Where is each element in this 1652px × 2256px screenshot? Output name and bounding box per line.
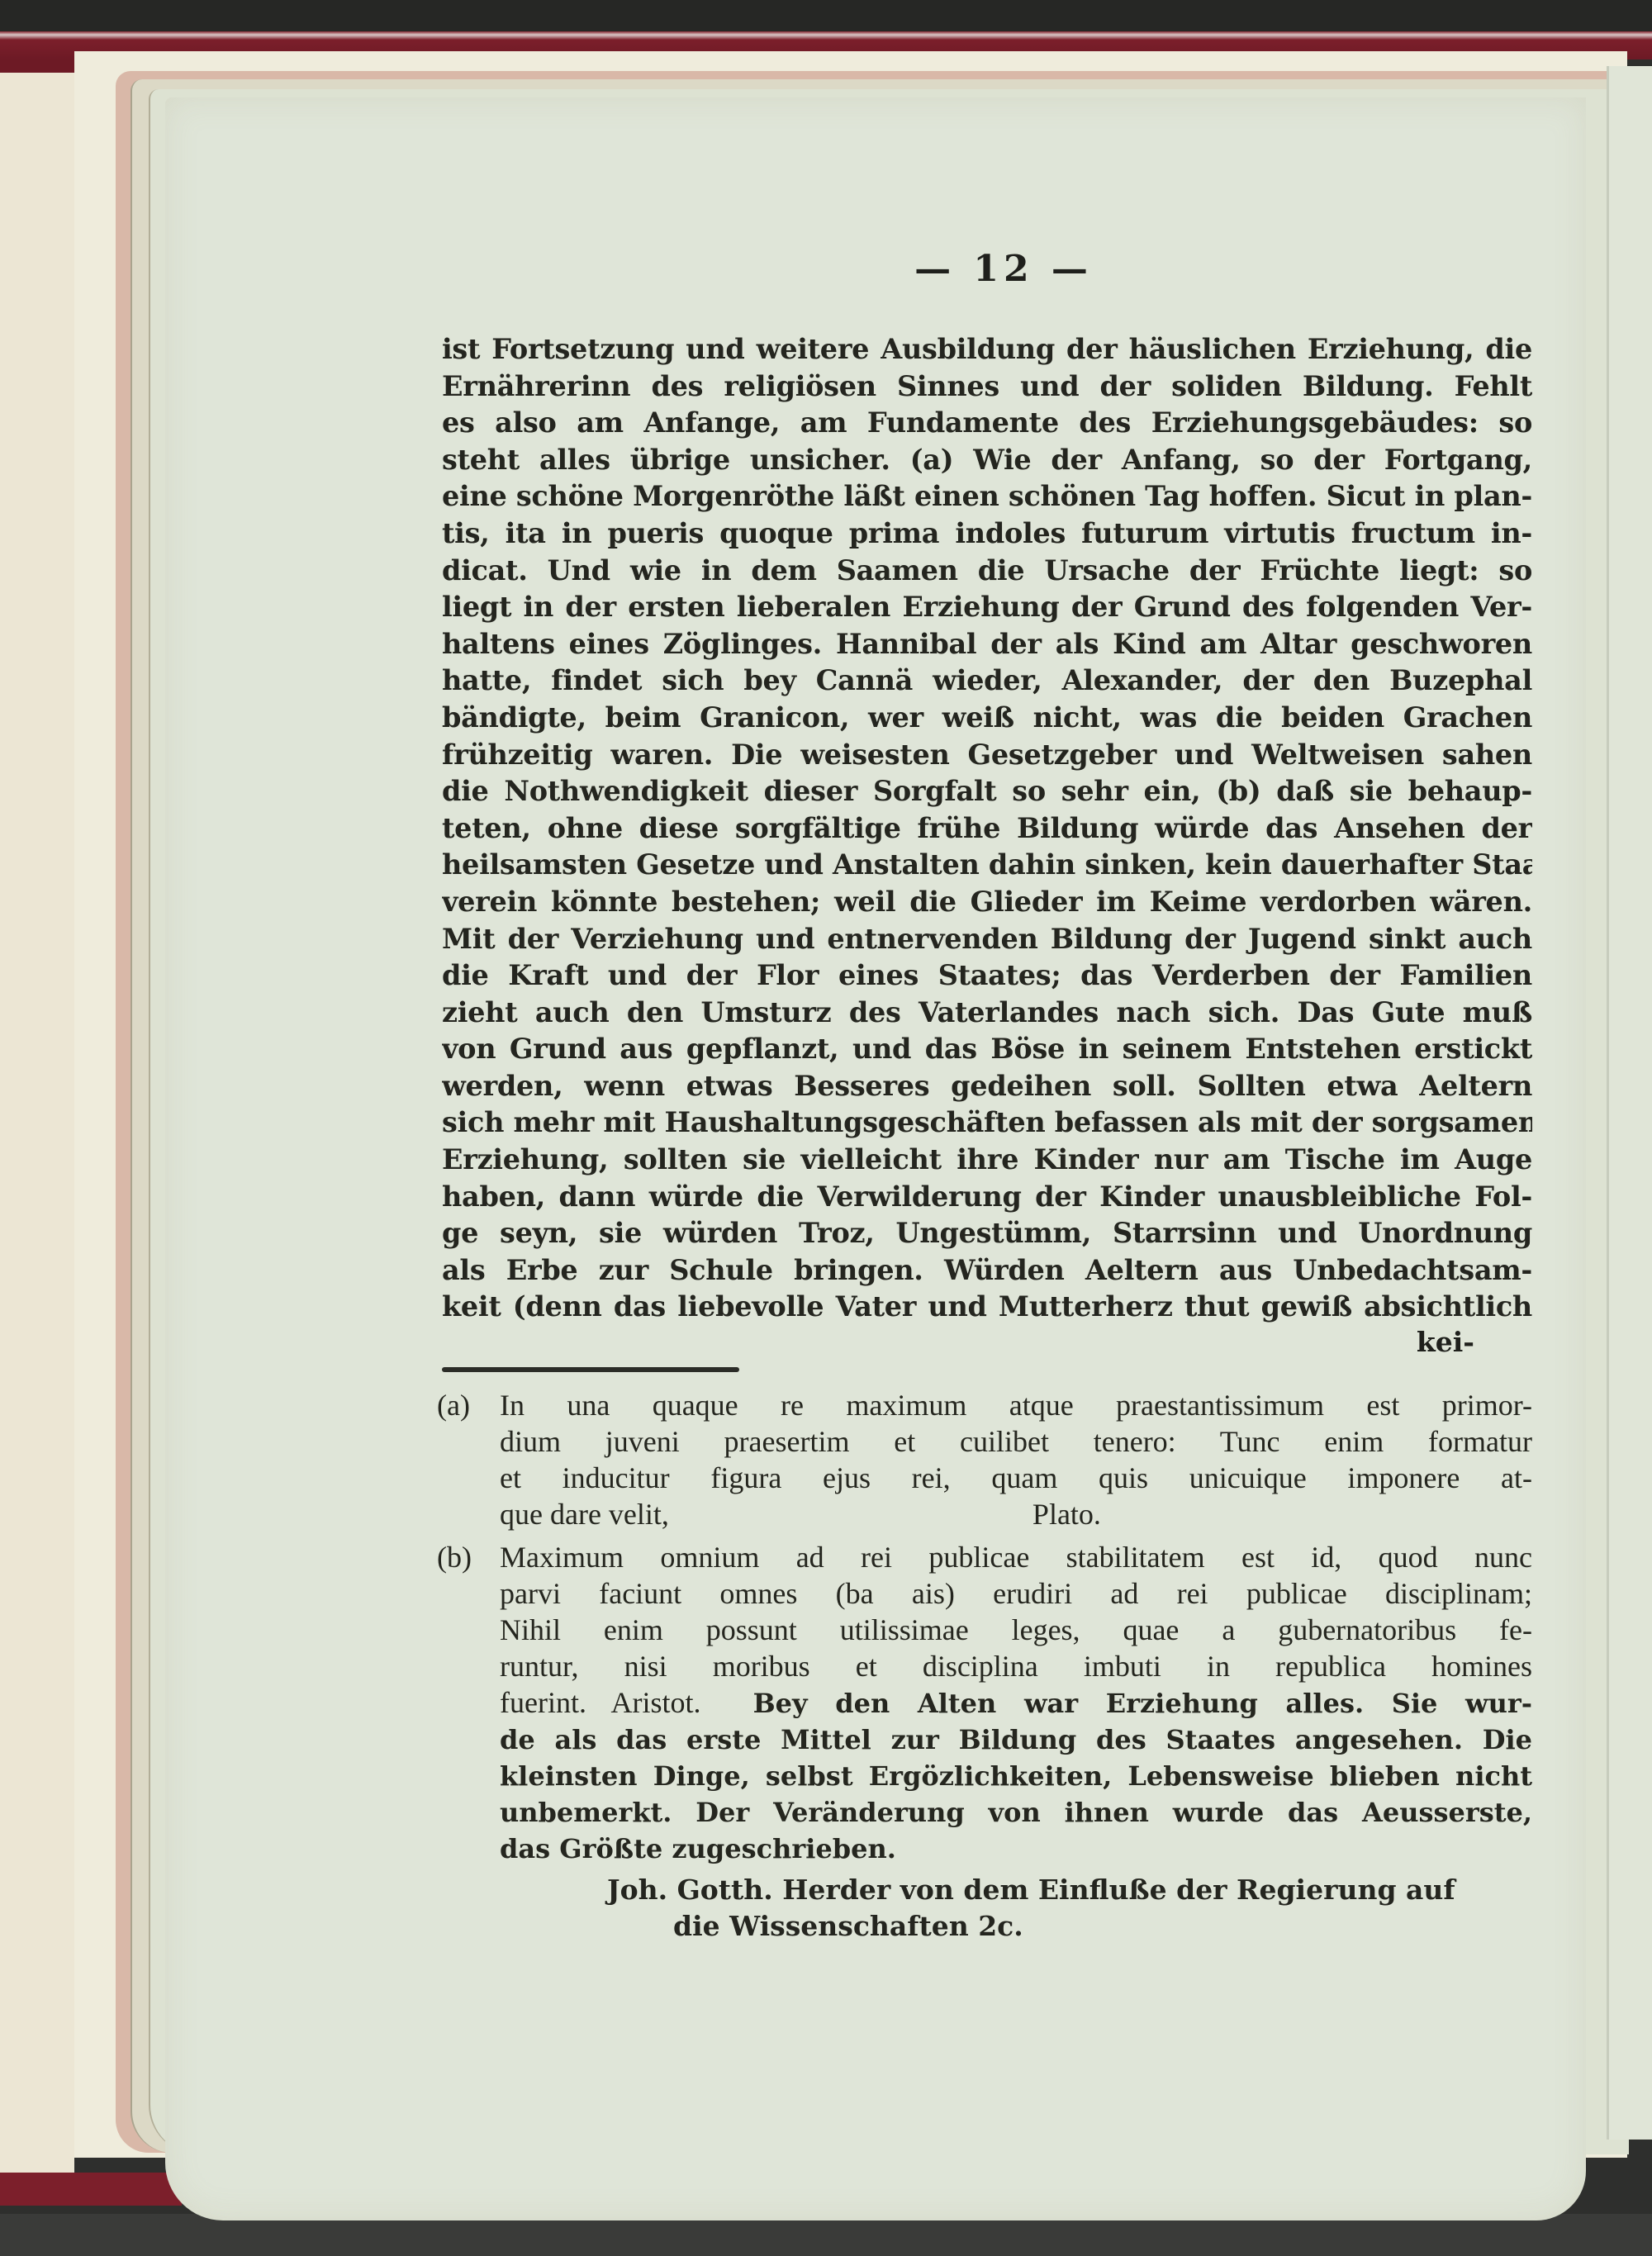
footnote-line: In una quaque re maximum atque praestant… [500, 1387, 1532, 1423]
endpaper [0, 73, 74, 2173]
text-line: teten, ohne diese sorgfältige frühe Bild… [442, 810, 1532, 848]
text-line: tis, ita in pueris quoque prima indoles … [442, 515, 1532, 553]
text-line: ge seyn, sie würden Troz, Ungestümm, Sta… [442, 1215, 1532, 1252]
herder-citation: Joh. Gotth. Herder von dem Einfluße der … [607, 1872, 1532, 1945]
text-line: hatte, findet sich bey Cannä wieder, Ale… [442, 663, 1532, 700]
footnote-b: (b) Maximum omnium ad rei publicae stabi… [442, 1539, 1532, 1945]
text-line: haben, dann würde die Verwilderung der K… [442, 1179, 1532, 1216]
text-line: es also am Anfange, am Fundamente des Er… [442, 405, 1532, 442]
citation-line: Joh. Gotth. Herder von dem Einfluße der … [607, 1872, 1532, 1908]
text-line: haltens eines Zöglinges. Hannibal der al… [442, 626, 1532, 663]
page-content: — 12 — ist Fortsetzung und weitere Ausbi… [442, 248, 1532, 1945]
background-cloth-top [0, 0, 1652, 33]
footnote-attribution: Plato. [1032, 1496, 1101, 1532]
footnote-text: que dare velit, [500, 1498, 669, 1531]
text-line: frühzeitig waren. Die weisesten Gesetzge… [442, 737, 1532, 774]
book-binding-left [0, 59, 74, 73]
footnote-marker: (b) [437, 1539, 472, 1575]
text-line: die Kraft und der Flor eines Staates; da… [442, 957, 1532, 995]
next-page-edge [1607, 66, 1652, 2140]
footnote-line: fuerint. Aristot. Bey den Alten war Erzi… [500, 1684, 1532, 1722]
footnote-text: fuerint. Aristot. [500, 1686, 701, 1719]
book-binding-bottom [0, 2173, 182, 2206]
footnote-line: parvi faciunt omnes (ba ais) erudiri ad … [500, 1575, 1532, 1612]
text-line: zieht auch den Umsturz des Vaterlandes n… [442, 995, 1532, 1032]
text-line: keit (denn das liebevolle Vater und Mutt… [442, 1289, 1532, 1326]
text-line: heilsamsten Gesetze und Anstalten dahin … [442, 847, 1532, 884]
footnote-line: Nihil enim possunt utilissimae leges, qu… [500, 1612, 1532, 1648]
footnote-a: (a) In una quaque re maximum atque praes… [442, 1387, 1532, 1532]
text-line: liegt in der ersten lieberalen Erziehung… [442, 589, 1532, 626]
footnote-line: runtur, nisi moribus et disciplina imbut… [500, 1648, 1532, 1684]
footnote-german-text: Bey den Alten war Erziehung alles. Sie w… [753, 1688, 1532, 1719]
text-line: ist Fortsetzung und weitere Ausbildung d… [442, 331, 1532, 368]
footnote-marker: (a) [437, 1387, 470, 1423]
text-line: steht alles übrige unsicher. (a) Wie der… [442, 442, 1532, 479]
text-line: Ernährerinn des religiösen Sinnes und de… [442, 368, 1532, 406]
text-line: dicat. Und wie in dem Saamen die Ursache… [442, 553, 1532, 590]
citation-line: die Wissenschaften 2c. [673, 1908, 1532, 1945]
footnote-line: dium juveni praesertim et cuilibet tener… [500, 1423, 1532, 1460]
text-line: werden, wenn etwas Besseres gedeihen sol… [442, 1068, 1532, 1105]
text-line: Mit der Verziehung und entnervenden Bild… [442, 921, 1532, 958]
footnote-separator [442, 1367, 739, 1372]
footnote-line: de als das erste Mittel zur Bildung des … [500, 1722, 1532, 1758]
footnote-line: das Größte zugeschrieben. [500, 1831, 1532, 1867]
text-line: bändigte, beim Granicon, wer weiß nicht,… [442, 700, 1532, 737]
text-line: die Nothwendigkeit dieser Sorgfalt so se… [442, 773, 1532, 810]
text-line: von Grund aus gepflanzt, und das Böse in… [442, 1031, 1532, 1068]
footnote-line: unbemerkt. Der Veränderung von ihnen wur… [500, 1794, 1532, 1831]
main-text: ist Fortsetzung und weitere Ausbildung d… [442, 331, 1532, 1326]
text-line: sich mehr mit Haushaltungsgeschäften bef… [442, 1104, 1532, 1142]
text-line: eine schöne Morgenröthe läßt einen schön… [442, 478, 1532, 515]
footnote-line: kleinsten Dinge, selbst Ergözlichkeiten,… [500, 1758, 1532, 1794]
text-line: Erziehung, sollten sie vielleicht ihre K… [442, 1142, 1532, 1179]
footnote-line: que dare velit,Plato. [500, 1496, 1532, 1532]
footnote-line: et inducitur figura ejus rei, quam quis … [500, 1460, 1532, 1496]
text-line: verein könnte bestehen; weil die Glieder… [442, 884, 1532, 921]
catchword: kei- [442, 1326, 1532, 1359]
footnote-line: Maximum omnium ad rei publicae stabilita… [500, 1539, 1532, 1575]
text-line: als Erbe zur Schule bringen. Würden Aelt… [442, 1252, 1532, 1289]
page-number: — 12 — [442, 248, 1532, 290]
